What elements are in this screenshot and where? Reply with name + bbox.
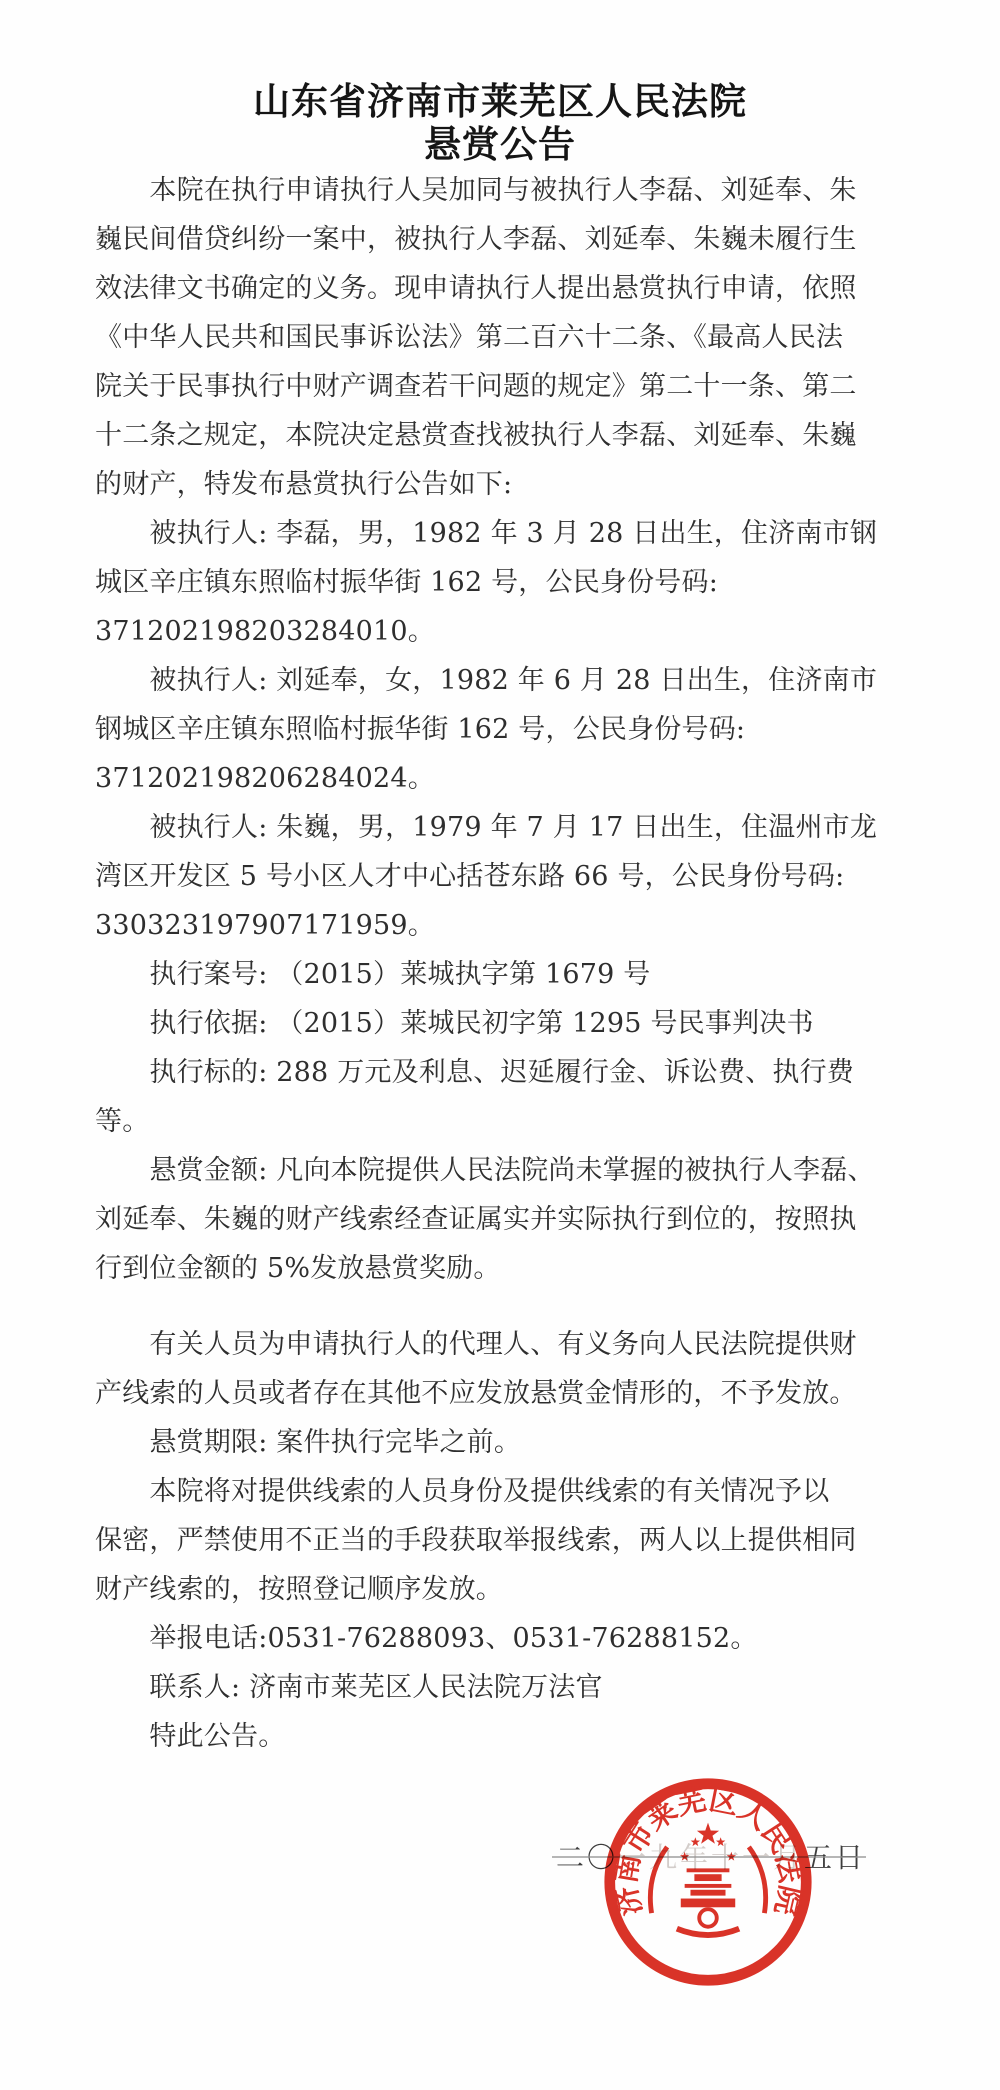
court-name: 山东省济南市莱芜区人民法院 — [0, 80, 1000, 123]
court-seal: 济南市莱芜区人民法院 — [601, 1775, 815, 1989]
paragraph-closing: 特此公告。 — [95, 1712, 910, 1761]
paragraph-confidentiality: 本院将对提供线索的人员身份及提供线索的有关情况予以 保密，严禁使用不正当的手段获… — [95, 1467, 910, 1614]
paragraph-execution-target: 执行标的: 288 万元及利息、迟延履行金、诉讼费、执行费 等。 — [95, 1048, 910, 1146]
paragraph-report-phone: 举报电话:0531-76288093、0531-76288152。 — [95, 1614, 910, 1663]
document-body: 本院在执行申请执行人吴加同与被执行人李磊、刘延奉、朱 巍民间借贷纠纷一案中，被执… — [95, 166, 910, 1761]
paragraph-debtor-liu-yanfeng: 被执行人: 刘延奉，女，1982 年 6 月 28 日出生，住济南市 钢城区辛庄… — [95, 656, 910, 803]
paragraph-reward-amount: 悬赏金额: 凡向本院提供人民法院尚未掌握的被执行人李磊、 刘延奉、朱巍的财产线索… — [95, 1146, 910, 1293]
paragraph-case-number: 执行案号: （2015）莱城执字第 1679 号 — [95, 950, 910, 999]
document-title-block: 山东省济南市莱芜区人民法院 悬赏公告 — [0, 80, 1000, 166]
paragraph-execution-basis: 执行依据: （2015）莱城民初字第 1295 号民事判决书 — [95, 999, 910, 1048]
page-title: 悬赏公告 — [0, 123, 1000, 166]
paragraph-intro: 本院在执行申请执行人吴加同与被执行人李磊、刘延奉、朱 巍民间借贷纠纷一案中，被执… — [95, 166, 910, 509]
paragraph-debtor-li-lei: 被执行人: 李磊，男，1982 年 3 月 28 日出生，住济南市钢 城区辛庄镇… — [95, 509, 910, 656]
paragraph-exclusions: 有关人员为申请执行人的代理人、有义务向人民法院提供财 产线索的人员或者存在其他不… — [95, 1320, 910, 1418]
national-emblem-icon — [650, 1823, 765, 1935]
document-page: 山东省济南市莱芜区人民法院 悬赏公告 本院在执行申请执行人吴加同与被执行人李磊、… — [0, 0, 1000, 2090]
paragraph-debtor-zhu-wei: 被执行人: 朱巍，男，1979 年 7 月 17 日出生，住温州市龙 湾区开发区… — [95, 803, 910, 950]
paragraph-reward-period: 悬赏期限: 案件执行完毕之前。 — [95, 1418, 910, 1467]
paragraph-contact: 联系人: 济南市莱芜区人民法院万法官 — [95, 1663, 910, 1712]
